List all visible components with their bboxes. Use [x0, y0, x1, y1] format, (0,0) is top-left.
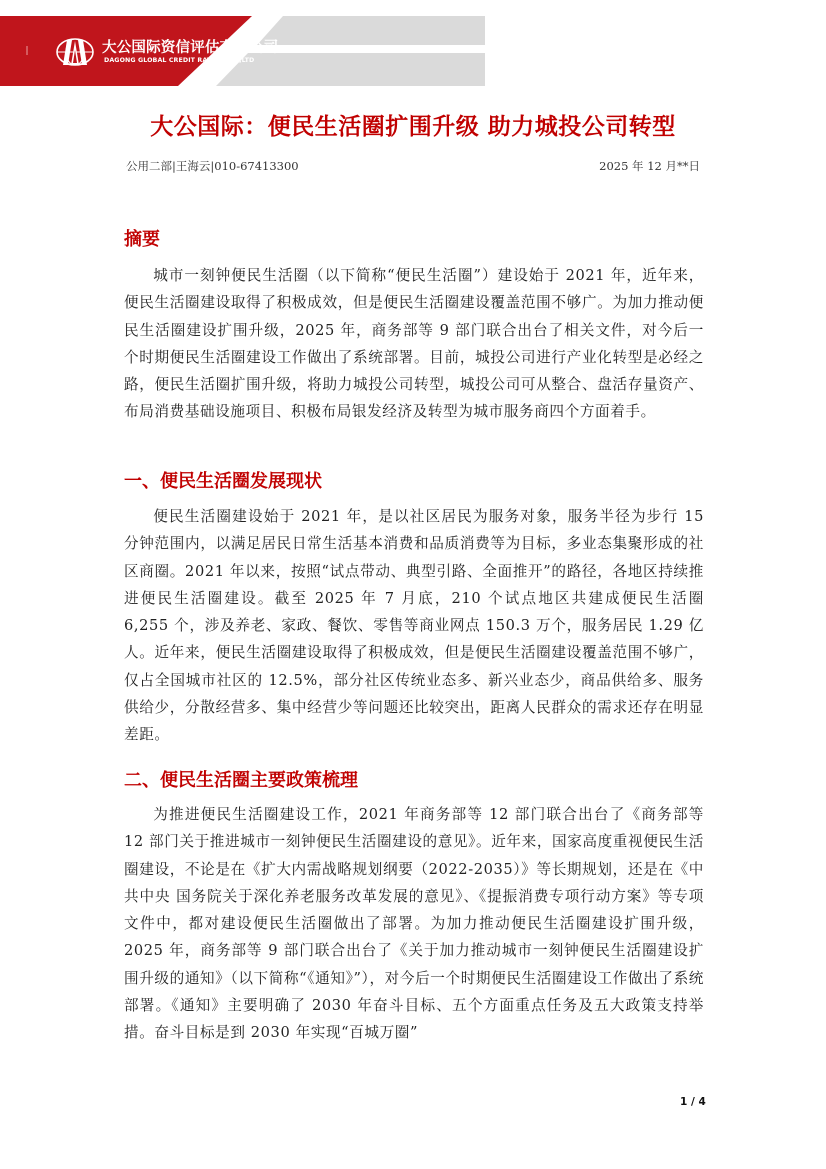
dagong-globe-logo-icon [55, 37, 95, 67]
author-info: 公用二部|王海云|010-67413300 [126, 158, 299, 174]
section-paragraph-policy: 为推进便民生活圈建设工作，2021 年商务部等 12 部门联合出台了《商务部等 … [124, 801, 704, 1047]
section-heading-abstract: 摘要 [124, 225, 160, 251]
company-name-cn: 大公国际资信评估有限公司 [102, 36, 278, 57]
document-header-banner: 大公国际资信评估有限公司 DAGONG GLOBAL CREDIT RATING… [0, 0, 826, 95]
section-paragraph-status: 便民生活圈建设始于 2021 年，是以社区居民为服务对象，服务半径为步行 15 … [124, 503, 704, 749]
section-heading-policy: 二、便民生活圈主要政策梳理 [124, 766, 358, 792]
page-number: 1 / 4 [680, 1096, 706, 1108]
section-heading-status: 一、便民生活圈发展现状 [124, 467, 322, 493]
page-title: 大公国际：便民生活圈扩围升级 助力城投公司转型 [0, 108, 826, 141]
publish-date: 2025 年 12 月**日 [599, 158, 700, 174]
company-name-en: DAGONG GLOBAL CREDIT RATING CO.,LTD [104, 57, 254, 64]
section-paragraph-abstract: 城市一刻钟便民生活圈（以下简称“便民生活圈”）建设始于 2021 年，近年来，便… [124, 262, 704, 426]
